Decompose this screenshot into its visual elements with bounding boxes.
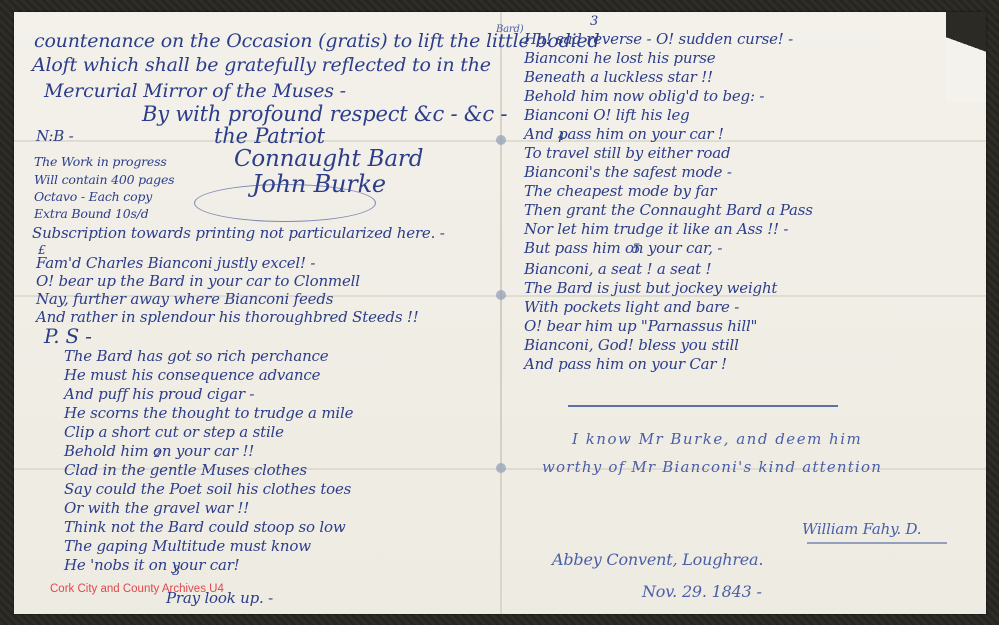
date-line: Nov. 29. 1843 - — [642, 582, 762, 601]
signature-underline — [807, 542, 947, 544]
verse-line: The Bard has got so rich perchance — [64, 347, 328, 365]
verse-line: Nay, further away where Bianconi feeds — [36, 290, 333, 308]
verse-line: Nor let him trudge it like an Ass !! - — [524, 220, 788, 238]
verse-line: Ha! sad reverse - O! sudden curse! - — [524, 30, 793, 48]
verse-line: Bianconi's the safest mode - — [524, 163, 732, 181]
verse-line: With pockets light and bare - — [524, 298, 739, 316]
signature-patriot: the Patriot — [214, 124, 325, 148]
verse-line: And rather in splendour his thoroughbred… — [36, 308, 419, 326]
signature-flourish — [194, 184, 376, 222]
verse-number: 3 — [172, 564, 180, 579]
place-line: Abbey Convent, Loughrea. — [552, 550, 763, 569]
verse-line: Bianconi, God! bless you still — [524, 336, 739, 354]
verse-line: To travel still by either road — [524, 144, 730, 162]
verse-line: Beneath a luckless star !! — [524, 68, 713, 86]
endorsement-line: I know Mr Burke, and deem him — [572, 430, 862, 448]
left-page: countenance on the Occasion (gratis) to … — [14, 12, 500, 614]
intro-line: Aloft which shall be gratefully reflecte… — [32, 54, 491, 76]
verse-line: Or with the gravel war !! — [64, 499, 249, 517]
verse-line: And pass him on your car ! — [524, 125, 724, 143]
nb-line: Extra Bound 10s/d — [34, 206, 149, 221]
verse-line: But pass him on your car, - — [524, 239, 722, 257]
ps-label: P. S - — [44, 324, 92, 348]
verse-line: He scorns the thought to trudge a mile — [64, 404, 353, 422]
manuscript-sheet: countenance on the Occasion (gratis) to … — [14, 12, 986, 614]
nb-line: The Work in progress — [34, 154, 167, 169]
verse-number: 4 — [558, 132, 564, 143]
verse-line: Behold him now oblig'd to beg: - — [524, 87, 764, 105]
verse-line: And pass him on your Car ! — [524, 355, 727, 373]
verse-line: The cheapest mode by far — [524, 182, 716, 200]
nb-label: N:B - — [36, 127, 74, 145]
verse-line: He must his consequence advance — [64, 366, 320, 384]
endorsement-signature: William Fahy. D. — [802, 520, 921, 538]
verse-line: O! bear up the Bard in your car to Clonm… — [36, 272, 360, 290]
verse-line: The gaping Multitude must know — [64, 537, 311, 555]
archive-watermark: Cork City and County Archives U4 — [50, 583, 224, 595]
verse-line: The Bard is just but jockey weight — [524, 279, 777, 297]
verse-line: Then grant the Connaught Bard a Pass — [524, 201, 813, 219]
divider-rule — [568, 405, 838, 407]
intro-line: Mercurial Mirror of the Muses - — [44, 80, 346, 102]
top-fragment: Bard) — [496, 24, 523, 35]
verse-line: O! bear him up "Parnassus hill" — [524, 317, 757, 335]
nb-line: Will contain 400 pages — [34, 172, 174, 187]
right-page: Bard) 3 Ha! sad reverse - O! sudden curs… — [502, 12, 986, 614]
endorsement-line: worthy of Mr Bianconi's kind attention — [542, 458, 882, 476]
verse-line: And puff his proud cigar - — [64, 385, 254, 403]
closing-line: By with profound respect &c - &c - — [142, 102, 507, 126]
verse-line: Bianconi O! lift his leg — [524, 106, 690, 124]
verse-line: He 'nobs it on your car! — [64, 556, 240, 574]
verse-line: Clip a short cut or step a stile — [64, 423, 284, 441]
verse-line: Say could the Poet soil his clothes toes — [64, 480, 351, 498]
nb-line: Octavo - Each copy — [34, 189, 152, 204]
verse-number: 3 — [590, 14, 598, 29]
verse-line: Think not the Bard could stoop so low — [64, 518, 346, 536]
verse-line: Bianconi he lost his purse — [524, 49, 715, 67]
signature-connaught-bard: Connaught Bard — [234, 146, 423, 172]
verse-number: 5 — [632, 242, 640, 257]
verse-line: Bianconi, a seat ! a seat ! — [524, 260, 711, 278]
verse-line: Clad in the gentle Muses clothes — [64, 461, 307, 479]
verse-line: Fam'd Charles Bianconi justly excel! - — [36, 254, 315, 272]
subscription-line: Subscription towards printing not partic… — [32, 224, 445, 242]
verse-superscript: 2 — [154, 449, 160, 460]
